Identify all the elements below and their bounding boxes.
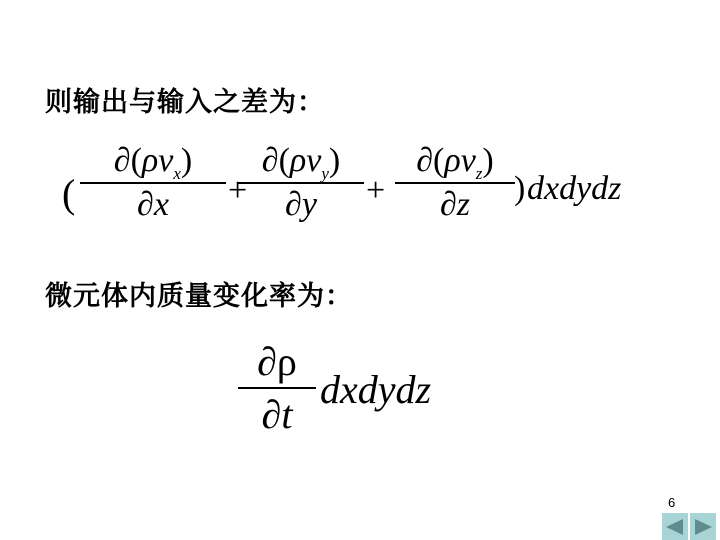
- next-slide-button[interactable]: [690, 513, 716, 540]
- fraction-bar: [238, 387, 316, 389]
- close-paren: ): [514, 170, 525, 208]
- heading-mass-change-rate: 微元体内质量变化率为：: [45, 274, 353, 313]
- fraction-drho-dt: ∂ρ ∂t: [238, 338, 316, 438]
- differential-volume: dxdydz: [320, 366, 431, 413]
- page-number: 6: [668, 495, 675, 510]
- fraction-bar: [238, 182, 364, 184]
- plus-sign: +: [366, 172, 385, 210]
- next-slide-icon: [695, 519, 712, 535]
- heading-output-input-difference: 则输出与输入之差为：: [45, 80, 325, 119]
- fraction-bar: [80, 182, 226, 184]
- previous-slide-icon: [666, 519, 683, 535]
- previous-slide-button[interactable]: [662, 513, 688, 540]
- fraction-y: ∂(ρvy) ∂y: [238, 142, 364, 224]
- fraction-bar: [395, 182, 515, 184]
- open-paren: (: [62, 170, 75, 217]
- fraction-z: ∂(ρvz) ∂z: [395, 142, 515, 224]
- fraction-x: ∂(ρvx) ∂x: [80, 142, 226, 224]
- differential-volume: dxdydz: [527, 170, 621, 208]
